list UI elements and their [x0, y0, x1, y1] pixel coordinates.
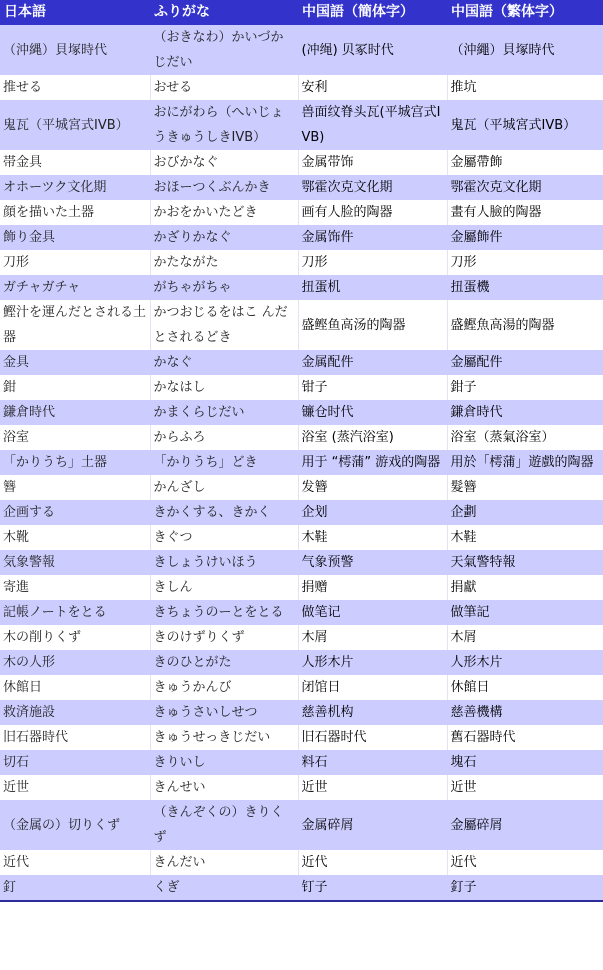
- cell-chinese-traditional: 天氣警特報: [447, 550, 603, 575]
- cell-chinese-traditional: 木屑: [447, 625, 603, 650]
- cell-furigana: きゅうせっきじだい: [150, 725, 298, 750]
- cell-chinese-simplified: 旧石器时代: [298, 725, 447, 750]
- cell-chinese-traditional: 近世: [447, 775, 603, 800]
- cell-chinese-simplified: 浴室 (蒸汽浴室): [298, 425, 447, 450]
- cell-japanese: 木の削りくず: [0, 625, 150, 650]
- table-row: 刀形かたながた刀形刀形: [0, 250, 603, 275]
- cell-chinese-simplified: 近世: [298, 775, 447, 800]
- header-chinese-traditional: 中国語（繁体字）: [447, 0, 603, 25]
- cell-furigana: きしょうけいほう: [150, 550, 298, 575]
- cell-chinese-traditional: 髮簪: [447, 475, 603, 500]
- cell-furigana: きゅうかんび: [150, 675, 298, 700]
- table-row: 切石きりいし料石塊石: [0, 750, 603, 775]
- table-row: 「かりうち」土器「かりうち」どき用于 “樗蒲” 游戏的陶器用於「樗蒲」遊戲的陶器: [0, 450, 603, 475]
- table-row: 釘くぎ钉子釘子: [0, 875, 603, 901]
- header-furigana: ふりがな: [150, 0, 298, 25]
- table-row: 顔を描いた土器かおをかいたどき画有人脸的陶器畫有人臉的陶器: [0, 200, 603, 225]
- cell-chinese-simplified: 捐赠: [298, 575, 447, 600]
- cell-furigana: おにがわら（へいじょうきゅうしきIVB）: [150, 100, 298, 150]
- cell-furigana: きりいし: [150, 750, 298, 775]
- cell-furigana: かんざし: [150, 475, 298, 500]
- cell-japanese: 鎌倉時代: [0, 400, 150, 425]
- cell-chinese-simplified: 近代: [298, 850, 447, 875]
- cell-chinese-simplified: 金属配件: [298, 350, 447, 375]
- table-row: 鰹汁を運んだとされる土器かつおじるをはこ んだとされるどき盛鲣鱼高汤的陶器盛鰹魚…: [0, 300, 603, 350]
- cell-chinese-traditional: 金屬配件: [447, 350, 603, 375]
- cell-chinese-traditional: （沖繩）貝塚時代: [447, 25, 603, 75]
- table-row: 鎌倉時代かまくらじだい镰仓时代鎌倉時代: [0, 400, 603, 425]
- cell-furigana: がちゃがちゃ: [150, 275, 298, 300]
- table-row: 帯金具おびかなぐ金属带饰金屬帶飾: [0, 150, 603, 175]
- cell-japanese: 鉗: [0, 375, 150, 400]
- cell-furigana: かなぐ: [150, 350, 298, 375]
- cell-japanese: 飾り金具: [0, 225, 150, 250]
- cell-chinese-traditional: 推坑: [447, 75, 603, 100]
- cell-furigana: きぐつ: [150, 525, 298, 550]
- cell-chinese-traditional: 浴室（蒸氣浴室）: [447, 425, 603, 450]
- cell-chinese-traditional: 捐獻: [447, 575, 603, 600]
- cell-chinese-simplified: 做笔记: [298, 600, 447, 625]
- cell-japanese: （金属の）切りくず: [0, 800, 150, 850]
- cell-japanese: 「かりうち」土器: [0, 450, 150, 475]
- table-row: 金具かなぐ金属配件金屬配件: [0, 350, 603, 375]
- cell-furigana: きのひとがた: [150, 650, 298, 675]
- cell-japanese: 企画する: [0, 500, 150, 525]
- cell-furigana: おせる: [150, 75, 298, 100]
- table-header: 日本語 ふりがな 中国語（簡体字） 中国語（繁体字）: [0, 0, 603, 25]
- cell-chinese-simplified: 金属饰件: [298, 225, 447, 250]
- table-row: 木の人形きのひとがた人形木片人形木片: [0, 650, 603, 675]
- cell-chinese-traditional: 鬼瓦（平城宮式IVB）: [447, 100, 603, 150]
- table-row: 寄進きしん捐赠捐獻: [0, 575, 603, 600]
- cell-chinese-simplified: 安利: [298, 75, 447, 100]
- cell-chinese-simplified: 扭蛋机: [298, 275, 447, 300]
- cell-furigana: かざりかなぐ: [150, 225, 298, 250]
- cell-furigana: かまくらじだい: [150, 400, 298, 425]
- cell-chinese-simplified: 料石: [298, 750, 447, 775]
- cell-japanese: 旧石器時代: [0, 725, 150, 750]
- table-row: （金属の）切りくず（きんぞくの）きりくず金属碎屑金屬碎屑: [0, 800, 603, 850]
- table-row: 救済施設きゅうさいしせつ慈善机构慈善機構: [0, 700, 603, 725]
- table-row: 飾り金具かざりかなぐ金属饰件金屬飾件: [0, 225, 603, 250]
- table-row: 木の削りくずきのけずりくず木屑木屑: [0, 625, 603, 650]
- table-row: 記帳ノートをとるきちょうのーとをとる做笔记做筆記: [0, 600, 603, 625]
- cell-furigana: きかくする、きかく: [150, 500, 298, 525]
- table-row: 木靴きぐつ木鞋木鞋: [0, 525, 603, 550]
- table-row: （沖縄）貝塚時代（おきなわ）かいづかじだい(冲绳) 贝冢时代（沖繩）貝塚時代: [0, 25, 603, 75]
- cell-chinese-simplified: 木鞋: [298, 525, 447, 550]
- cell-chinese-simplified: 慈善机构: [298, 700, 447, 725]
- cell-japanese: 簪: [0, 475, 150, 500]
- cell-furigana: かおをかいたどき: [150, 200, 298, 225]
- cell-chinese-simplified: 气象预警: [298, 550, 447, 575]
- cell-chinese-traditional: 企劃: [447, 500, 603, 525]
- cell-chinese-simplified: 鄂霍次克文化期: [298, 175, 447, 200]
- cell-furigana: きしん: [150, 575, 298, 600]
- cell-japanese: 顔を描いた土器: [0, 200, 150, 225]
- cell-japanese: 近世: [0, 775, 150, 800]
- cell-chinese-traditional: 鎌倉時代: [447, 400, 603, 425]
- cell-japanese: 木の人形: [0, 650, 150, 675]
- cell-japanese: 刀形: [0, 250, 150, 275]
- table-row: 推せるおせる安利推坑: [0, 75, 603, 100]
- cell-chinese-simplified: 刀形: [298, 250, 447, 275]
- cell-japanese: 休館日: [0, 675, 150, 700]
- table-row: 鬼瓦（平城宮式IVB）おにがわら（へいじょうきゅうしきIVB）兽面纹脊头瓦(平城…: [0, 100, 603, 150]
- table-body: （沖縄）貝塚時代（おきなわ）かいづかじだい(冲绳) 贝冢时代（沖繩）貝塚時代推せ…: [0, 25, 603, 901]
- cell-japanese: 近代: [0, 850, 150, 875]
- cell-chinese-traditional: 畫有人臉的陶器: [447, 200, 603, 225]
- cell-chinese-simplified: 金属碎屑: [298, 800, 447, 850]
- table-row: ガチャガチャがちゃがちゃ扭蛋机扭蛋機: [0, 275, 603, 300]
- cell-furigana: （おきなわ）かいづかじだい: [150, 25, 298, 75]
- cell-japanese: 救済施設: [0, 700, 150, 725]
- cell-furigana: かたながた: [150, 250, 298, 275]
- cell-chinese-traditional: 慈善機構: [447, 700, 603, 725]
- cell-furigana: 「かりうち」どき: [150, 450, 298, 475]
- cell-japanese: 木靴: [0, 525, 150, 550]
- cell-japanese: 寄進: [0, 575, 150, 600]
- cell-chinese-traditional: 金屬飾件: [447, 225, 603, 250]
- header-japanese: 日本語: [0, 0, 150, 25]
- cell-furigana: くぎ: [150, 875, 298, 901]
- cell-chinese-simplified: 闭馆日: [298, 675, 447, 700]
- table-row: 気象警報きしょうけいほう气象预警天氣警特報: [0, 550, 603, 575]
- header-chinese-simplified: 中国語（簡体字）: [298, 0, 447, 25]
- cell-chinese-simplified: 用于 “樗蒲” 游戏的陶器: [298, 450, 447, 475]
- cell-japanese: 浴室: [0, 425, 150, 450]
- cell-japanese: 鬼瓦（平城宮式IVB）: [0, 100, 150, 150]
- cell-chinese-traditional: 休館日: [447, 675, 603, 700]
- cell-chinese-simplified: 木屑: [298, 625, 447, 650]
- table-row: 近代きんだい近代近代: [0, 850, 603, 875]
- cell-chinese-traditional: 人形木片: [447, 650, 603, 675]
- table-row: 鉗かなはし钳子鉗子: [0, 375, 603, 400]
- cell-chinese-simplified: 金属带饰: [298, 150, 447, 175]
- cell-chinese-traditional: 鉗子: [447, 375, 603, 400]
- cell-japanese: 切石: [0, 750, 150, 775]
- cell-japanese: （沖縄）貝塚時代: [0, 25, 150, 75]
- cell-furigana: きのけずりくず: [150, 625, 298, 650]
- table-row: 旧石器時代きゅうせっきじだい旧石器时代舊石器時代: [0, 725, 603, 750]
- cell-japanese: 金具: [0, 350, 150, 375]
- cell-chinese-simplified: 兽面纹脊头瓦(平城宫式IVB): [298, 100, 447, 150]
- cell-furigana: きちょうのーとをとる: [150, 600, 298, 625]
- cell-furigana: きゅうさいしせつ: [150, 700, 298, 725]
- cell-chinese-traditional: 金屬碎屑: [447, 800, 603, 850]
- cell-furigana: きんだい: [150, 850, 298, 875]
- cell-chinese-traditional: 近代: [447, 850, 603, 875]
- cell-furigana: きんせい: [150, 775, 298, 800]
- cell-japanese: 鰹汁を運んだとされる土器: [0, 300, 150, 350]
- header-row: 日本語 ふりがな 中国語（簡体字） 中国語（繁体字）: [0, 0, 603, 25]
- cell-chinese-traditional: 扭蛋機: [447, 275, 603, 300]
- cell-chinese-simplified: 发簪: [298, 475, 447, 500]
- cell-japanese: 釘: [0, 875, 150, 901]
- cell-furigana: （きんぞくの）きりくず: [150, 800, 298, 850]
- cell-chinese-simplified: 钳子: [298, 375, 447, 400]
- cell-chinese-simplified: 画有人脸的陶器: [298, 200, 447, 225]
- cell-furigana: からふろ: [150, 425, 298, 450]
- cell-chinese-traditional: 做筆記: [447, 600, 603, 625]
- cell-chinese-traditional: 刀形: [447, 250, 603, 275]
- cell-chinese-simplified: 镰仓时代: [298, 400, 447, 425]
- glossary-table: 日本語 ふりがな 中国語（簡体字） 中国語（繁体字） （沖縄）貝塚時代（おきなわ…: [0, 0, 603, 902]
- cell-japanese: 帯金具: [0, 150, 150, 175]
- cell-japanese: 推せる: [0, 75, 150, 100]
- cell-japanese: 気象警報: [0, 550, 150, 575]
- table-row: 企画するきかくする、きかく企划企劃: [0, 500, 603, 525]
- table-row: オホーツク文化期おほーつくぶんかき鄂霍次克文化期鄂霍次克文化期: [0, 175, 603, 200]
- cell-chinese-traditional: 塊石: [447, 750, 603, 775]
- cell-chinese-traditional: 鄂霍次克文化期: [447, 175, 603, 200]
- cell-chinese-simplified: 盛鲣鱼高汤的陶器: [298, 300, 447, 350]
- cell-furigana: おほーつくぶんかき: [150, 175, 298, 200]
- cell-chinese-traditional: 金屬帶飾: [447, 150, 603, 175]
- cell-chinese-traditional: 舊石器時代: [447, 725, 603, 750]
- table-row: 休館日きゅうかんび闭馆日休館日: [0, 675, 603, 700]
- cell-japanese: オホーツク文化期: [0, 175, 150, 200]
- cell-chinese-simplified: 人形木片: [298, 650, 447, 675]
- cell-furigana: おびかなぐ: [150, 150, 298, 175]
- cell-japanese: ガチャガチャ: [0, 275, 150, 300]
- table-row: 簪かんざし发簪髮簪: [0, 475, 603, 500]
- cell-chinese-traditional: 釘子: [447, 875, 603, 901]
- cell-chinese-traditional: 木鞋: [447, 525, 603, 550]
- cell-japanese: 記帳ノートをとる: [0, 600, 150, 625]
- cell-chinese-simplified: (冲绳) 贝冢时代: [298, 25, 447, 75]
- cell-chinese-simplified: 钉子: [298, 875, 447, 901]
- cell-chinese-traditional: 用於「樗蒲」遊戲的陶器: [447, 450, 603, 475]
- cell-chinese-traditional: 盛鰹魚高湯的陶器: [447, 300, 603, 350]
- cell-furigana: かなはし: [150, 375, 298, 400]
- table-row: 近世きんせい近世近世: [0, 775, 603, 800]
- table-row: 浴室からふろ浴室 (蒸汽浴室)浴室（蒸氣浴室）: [0, 425, 603, 450]
- cell-chinese-simplified: 企划: [298, 500, 447, 525]
- cell-furigana: かつおじるをはこ んだとされるどき: [150, 300, 298, 350]
